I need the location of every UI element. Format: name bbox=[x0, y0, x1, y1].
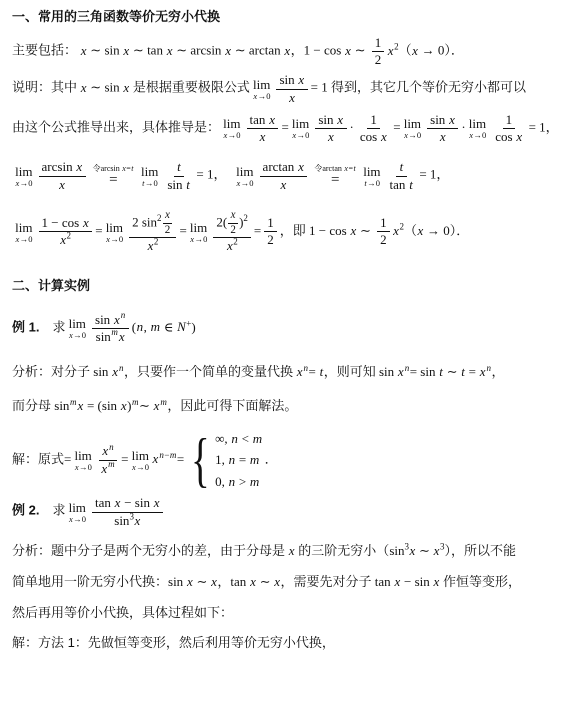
text-run: 然后再用等价小代换，具体过程如下： bbox=[12, 605, 233, 620]
math-variable: x bbox=[230, 209, 236, 221]
math-run: sin x bbox=[95, 312, 120, 327]
math-run: (n, m ∈ N bbox=[132, 319, 187, 334]
section-1-heading: 一、常用的三角函数等价无穷小代换 bbox=[12, 8, 568, 27]
math-variable: x bbox=[120, 398, 127, 413]
math-run: = 1 bbox=[311, 80, 331, 95]
fraction: x2 bbox=[228, 209, 238, 238]
fraction-numerator: x bbox=[163, 209, 173, 224]
limit-word: lim bbox=[190, 221, 207, 234]
math-variable: x bbox=[280, 177, 287, 192]
math-superscript: 2 bbox=[233, 237, 238, 247]
math-run: 1 bbox=[267, 215, 274, 230]
math-variable: x bbox=[433, 574, 440, 589]
fraction-denominator: x2 bbox=[144, 238, 161, 254]
limit-subscript: x→0 bbox=[404, 131, 422, 140]
math-variable: x bbox=[350, 223, 357, 238]
example-1-solution: 解：原式=limx→0xnxm=limx→0xn−m={∞, n < m1, n… bbox=[12, 431, 568, 490]
math-run: tan x − sin x bbox=[95, 495, 160, 510]
math-run: ) bbox=[191, 319, 195, 334]
math-variable: x bbox=[114, 495, 121, 510]
limit-subscript: t→0 bbox=[364, 179, 380, 188]
math-superscript: n bbox=[120, 310, 126, 320]
fraction: tan x − sin xsin3x bbox=[92, 495, 163, 529]
fraction-numerator: arcsin x bbox=[39, 159, 86, 176]
math-variable: x bbox=[269, 112, 276, 127]
text-run: 二、计算实例 bbox=[12, 278, 90, 293]
fraction-numerator: t bbox=[174, 159, 185, 176]
text-run: 例 1. bbox=[12, 319, 39, 334]
fraction-denominator: x bbox=[436, 129, 449, 145]
math-variable: x bbox=[122, 164, 127, 173]
section-2-heading: 二、计算实例 bbox=[12, 277, 568, 296]
text-run: 求 bbox=[39, 503, 65, 518]
math-run: = 1， bbox=[419, 167, 449, 182]
fraction-denominator: xm bbox=[98, 461, 118, 477]
math-run: 1 bbox=[370, 112, 377, 127]
fraction: 1cos x bbox=[357, 112, 390, 146]
math-variable: n bbox=[136, 319, 144, 334]
limit-word: lim bbox=[132, 449, 149, 462]
limit-operator: limx→0 bbox=[132, 449, 150, 472]
fraction-denominator: sin3x bbox=[111, 513, 143, 529]
math-run: sin x bbox=[90, 364, 118, 379]
math-run: （x → 0）． bbox=[404, 223, 469, 238]
math-variable: t bbox=[142, 178, 145, 188]
fraction-numerator: sin x bbox=[276, 72, 307, 89]
math-run: （x → 0）． bbox=[399, 43, 464, 58]
math-variable: x bbox=[152, 451, 159, 466]
fraction-numerator: 2(x2)2 bbox=[213, 209, 251, 239]
math-run: = bbox=[121, 451, 128, 466]
math-run: x bbox=[259, 129, 266, 144]
fraction: sin xx bbox=[276, 72, 307, 106]
fraction-numerator: t bbox=[396, 159, 407, 176]
math-run: · bbox=[350, 120, 354, 135]
fraction-denominator: 2 bbox=[163, 224, 173, 238]
math-variable: x bbox=[344, 164, 349, 173]
math-run: 2 bbox=[267, 232, 274, 247]
math-superscript: 2 bbox=[67, 231, 72, 241]
fraction: arctan xx bbox=[260, 159, 308, 193]
text-run: ，即 bbox=[280, 223, 306, 238]
math-variable: x bbox=[412, 43, 419, 58]
limit-operator: limx→0 bbox=[404, 117, 422, 140]
math-variable: x bbox=[439, 129, 446, 144]
limit-subscript: t→0 bbox=[142, 179, 158, 188]
math-variable: x bbox=[298, 159, 305, 174]
math-variable: x bbox=[60, 232, 67, 247]
fraction-numerator: x bbox=[228, 209, 238, 224]
fraction-denominator: x bbox=[277, 177, 290, 193]
math-run: tan t bbox=[390, 177, 414, 192]
limit-word: lim bbox=[404, 117, 421, 130]
fraction-denominator: 2 bbox=[377, 232, 390, 248]
text-run: 而分母 bbox=[12, 398, 51, 413]
limit-operator: limx→0 bbox=[292, 117, 310, 140]
fraction: sin xnsinmx bbox=[92, 312, 129, 346]
limit-subscript: x→0 bbox=[132, 463, 150, 472]
math-run: sin t bbox=[167, 177, 190, 192]
math-variable: t bbox=[461, 364, 466, 379]
limit-operator: limx→0 bbox=[68, 501, 86, 524]
fraction-denominator: x2 bbox=[57, 232, 74, 248]
math-document: 一、常用的三角函数等价无穷小代换主要包括： x ∼ sin x ∼ tan x … bbox=[0, 0, 580, 725]
case-row: 1, n = m bbox=[215, 452, 263, 468]
derivation-line-1: 由这个公式推导出来，具体推导是：limx→0tan xx=limx→0sin x… bbox=[12, 112, 568, 146]
limit-subscript: x→0 bbox=[74, 463, 92, 472]
fraction-denominator: x bbox=[256, 129, 269, 145]
math-run: 2 bbox=[165, 224, 171, 236]
limit-subscript: x→0 bbox=[292, 131, 310, 140]
math-variable: x bbox=[132, 462, 137, 472]
fraction: ttan t bbox=[387, 159, 417, 193]
limit-operator: limx→0 bbox=[469, 117, 487, 140]
text-run: ， bbox=[492, 364, 505, 379]
case-row: ∞, n < m bbox=[215, 431, 263, 447]
math-variable: x bbox=[153, 398, 160, 413]
math-variable: x bbox=[516, 129, 523, 144]
math-variable: m bbox=[249, 474, 259, 489]
math-run: arcsin x bbox=[42, 159, 83, 174]
math-variable: m bbox=[131, 397, 139, 407]
limit-subscript: x→0 bbox=[469, 131, 487, 140]
equals-sign: = bbox=[321, 173, 349, 188]
math-run: = t bbox=[309, 364, 324, 379]
math-variable: x bbox=[80, 80, 87, 95]
math-run: = sin t ∼ t = x bbox=[410, 364, 486, 379]
math-superscript: m bbox=[108, 459, 116, 469]
math-variable: x bbox=[15, 178, 20, 188]
math-run: x bbox=[285, 543, 298, 558]
text-run: 求 bbox=[39, 319, 65, 334]
text-run: ，因此可得下面解法。 bbox=[167, 398, 297, 413]
fraction-denominator: 2 bbox=[228, 224, 238, 238]
math-run: 2 bbox=[380, 232, 387, 247]
limit-word: lim bbox=[223, 117, 240, 130]
math-run: cos x bbox=[495, 129, 522, 144]
math-variable: x bbox=[479, 364, 486, 379]
limit-word: lim bbox=[253, 78, 270, 91]
math-variable: x bbox=[118, 329, 125, 344]
limit-operator: limx→0 bbox=[106, 221, 124, 244]
math-run: x bbox=[60, 232, 67, 247]
math-run: · bbox=[461, 120, 465, 135]
math-superscript: m bbox=[69, 397, 77, 407]
math-variable: x bbox=[76, 159, 83, 174]
math-run: x bbox=[59, 177, 66, 192]
math-run: = bbox=[393, 120, 400, 135]
math-variable: x bbox=[433, 543, 440, 558]
math-variable: m bbox=[252, 431, 262, 446]
math-run: 2 bbox=[375, 52, 382, 67]
math-run: x bbox=[147, 238, 154, 253]
limit-subscript: x→0 bbox=[68, 515, 86, 524]
math-run: x ∼ sin x ∼ tan x ∼ arcsin x ∼ arctan x，… bbox=[77, 43, 369, 58]
limit-operator: limt→0 bbox=[141, 165, 158, 188]
math-variable: x bbox=[409, 543, 416, 558]
math-run: x bbox=[230, 209, 236, 221]
limit-operator: limx→0 bbox=[236, 165, 254, 188]
math-variable: x bbox=[101, 461, 108, 476]
math-variable: x bbox=[123, 80, 130, 95]
left-brace: { bbox=[191, 432, 210, 488]
math-variable: x bbox=[394, 574, 401, 589]
limit-operator: limx→0 bbox=[15, 165, 33, 188]
math-variable: x bbox=[59, 177, 66, 192]
fraction-denominator: x2 bbox=[223, 238, 240, 254]
fraction: sin xx bbox=[315, 112, 346, 146]
math-run: x bbox=[118, 329, 125, 344]
fraction: tsin t bbox=[164, 159, 193, 193]
math-superscript: 2 bbox=[154, 237, 159, 247]
math-variable: t bbox=[177, 159, 182, 174]
math-run: 1 bbox=[375, 35, 382, 50]
fraction-denominator: sin t bbox=[164, 177, 193, 193]
text-run: ， bbox=[217, 574, 230, 589]
math-variable: x bbox=[68, 330, 73, 340]
limit-word: lim bbox=[141, 165, 158, 178]
fraction: 12 bbox=[377, 215, 390, 249]
example-1-line: 例 1. 求limx→0sin xnsinmx(n, m ∈ N+) bbox=[12, 312, 568, 346]
fraction-numerator: sin x bbox=[427, 112, 458, 129]
fraction-denominator: cos x bbox=[492, 129, 525, 145]
text-run: ），所以不能 bbox=[444, 543, 516, 558]
fraction: 2(x2)2x2 bbox=[213, 209, 251, 255]
math-run: x bbox=[293, 364, 303, 379]
limit-word: lim bbox=[106, 221, 123, 234]
fraction-numerator: arctan x bbox=[260, 159, 308, 176]
math-variable: x bbox=[259, 129, 266, 144]
math-variable: x bbox=[337, 112, 344, 127]
math-variable: t bbox=[186, 177, 191, 192]
fraction-numerator: 1 bbox=[377, 215, 390, 232]
limit-word: lim bbox=[15, 165, 32, 178]
math-superscript: n−m bbox=[159, 450, 177, 460]
text-run: 的三阶无穷小（ bbox=[298, 543, 389, 558]
text-run: 例 2. bbox=[12, 503, 39, 518]
math-run: x = (sin x) bbox=[77, 398, 132, 413]
fraction-denominator: 2 bbox=[372, 52, 385, 68]
math-variable: x bbox=[469, 130, 474, 140]
math-run: arctan x bbox=[263, 159, 305, 174]
math-run: tan x − sin x bbox=[372, 574, 443, 589]
math-variable: x bbox=[102, 443, 109, 458]
fraction-numerator: sin x bbox=[315, 112, 346, 129]
math-run: x bbox=[101, 461, 108, 476]
fraction-numerator: tan x − sin x bbox=[92, 495, 163, 512]
piecewise-cases: {∞, n < m1, n = m0, n > m bbox=[186, 431, 262, 490]
math-run: tan x bbox=[250, 112, 276, 127]
fraction-numerator: sin xn bbox=[92, 312, 129, 329]
math-run: = bbox=[281, 120, 288, 135]
math-run: x bbox=[439, 129, 446, 144]
text-run: 主要包括： bbox=[12, 43, 77, 58]
math-variable: n bbox=[109, 442, 115, 452]
limit-operator: limx→0 bbox=[190, 221, 208, 244]
math-variable: m bbox=[150, 319, 160, 334]
math-run: x bbox=[134, 513, 141, 528]
fraction: arcsin xx bbox=[39, 159, 86, 193]
fraction-denominator: cos x bbox=[357, 129, 390, 145]
fraction-numerator: 1 − cos x bbox=[39, 215, 93, 232]
limit-word: lim bbox=[363, 165, 380, 178]
limit-subscript: x→0 bbox=[190, 235, 208, 244]
math-variable: x bbox=[298, 72, 305, 87]
math-superscript: 2 bbox=[243, 213, 248, 223]
math-run: = bbox=[95, 223, 102, 238]
math-variable: x bbox=[123, 43, 130, 58]
math-variable: x bbox=[284, 43, 291, 58]
text-run: 是根据重要极限公式 bbox=[133, 80, 250, 95]
fraction: xnxm bbox=[98, 443, 118, 477]
limit-word: lim bbox=[69, 317, 86, 330]
math-variable: x bbox=[80, 43, 87, 58]
note-line: 说明：其中 x ∼ sin x 是根据重要极限公式limx→0sin xx= 1… bbox=[12, 72, 568, 106]
math-variable: t bbox=[439, 364, 444, 379]
limit-subscript: x→0 bbox=[106, 235, 124, 244]
math-run: sin x ∼ x bbox=[168, 574, 217, 589]
math-variable: t bbox=[353, 164, 356, 173]
fraction-denominator: x bbox=[56, 177, 69, 193]
math-variable: x bbox=[190, 234, 195, 244]
math-variable: x bbox=[253, 91, 258, 101]
math-run: 1 − cos x bbox=[42, 215, 90, 230]
math-run: = bbox=[179, 223, 186, 238]
math-variable: n bbox=[120, 310, 126, 320]
limit-word: lim bbox=[69, 501, 86, 514]
math-variable: x bbox=[449, 112, 456, 127]
math-run: x bbox=[289, 90, 296, 105]
text-run: 一、常用的三角函数等价无穷小代换 bbox=[12, 9, 220, 24]
fraction: 2 sin2x2x2 bbox=[129, 209, 176, 255]
limit-word: lim bbox=[74, 449, 91, 462]
math-run: x bbox=[328, 129, 335, 144]
example-2-analysis: 分析：题中分子是两个无穷小的差，由于分母是 x 的三阶无穷小（sin3x ∼ x… bbox=[12, 535, 568, 629]
text-run: 分析：题中分子是两个无穷小的差，由于分母是 bbox=[12, 543, 285, 558]
math-run: x bbox=[152, 451, 159, 466]
math-run: x ∼ x bbox=[409, 543, 440, 558]
math-run: ∼ x bbox=[139, 398, 160, 413]
math-variable: x bbox=[288, 543, 295, 558]
math-run: x ∼ sin x bbox=[77, 80, 133, 95]
fraction-denominator: tan t bbox=[387, 177, 417, 193]
math-variable: x bbox=[134, 513, 141, 528]
math-run: 2 sin bbox=[132, 214, 157, 229]
math-variable: x bbox=[380, 129, 387, 144]
fraction: x2 bbox=[163, 209, 173, 238]
math-variable: m bbox=[169, 450, 177, 460]
math-variable: n bbox=[228, 474, 236, 489]
limit-operator: limx→0 bbox=[68, 317, 86, 340]
limit-subscript: x→0 bbox=[15, 179, 33, 188]
math-variable: t bbox=[364, 178, 367, 188]
math-variable: x bbox=[292, 130, 297, 140]
fraction: 1 − cos xx2 bbox=[39, 215, 93, 249]
math-run: = bbox=[64, 451, 71, 466]
math-variable: x bbox=[68, 514, 73, 524]
annotated-equals: 令arctan x=t= bbox=[314, 165, 356, 188]
math-variable: x bbox=[417, 223, 424, 238]
math-variable: t bbox=[131, 164, 134, 173]
fraction-numerator: 1 bbox=[372, 35, 385, 52]
fraction-denominator: 2 bbox=[264, 232, 277, 248]
limit-subscript: x→0 bbox=[223, 131, 241, 140]
fraction: 1cos x bbox=[492, 112, 525, 146]
math-run: tan x ∼ x bbox=[230, 574, 280, 589]
math-superscript: 2 bbox=[157, 213, 162, 223]
math-run: x bbox=[280, 177, 287, 192]
math-run: 2 bbox=[230, 224, 236, 236]
fraction-numerator: 2 sin2x2 bbox=[129, 209, 176, 239]
math-run: 1 bbox=[506, 112, 513, 127]
math-run: sin x bbox=[430, 112, 455, 127]
text-run: 得到，其它几个等价无穷小都可以 bbox=[331, 80, 526, 95]
math-run: sin x bbox=[376, 364, 404, 379]
annotated-equals: 令arcsin x=t= bbox=[93, 165, 134, 188]
text-run: ． bbox=[265, 451, 278, 466]
math-variable: x bbox=[165, 209, 171, 221]
math-superscript: n bbox=[109, 442, 115, 452]
math-run: sin x bbox=[318, 112, 343, 127]
text-run: ，则可知 bbox=[324, 364, 376, 379]
math-variable: x bbox=[106, 234, 111, 244]
math-run: sin bbox=[51, 398, 69, 413]
math-variable: x bbox=[166, 43, 173, 58]
math-variable: x bbox=[153, 495, 160, 510]
limit-word: lim bbox=[469, 117, 486, 130]
limit-subscript: x→0 bbox=[68, 331, 86, 340]
math-variable: x bbox=[74, 462, 79, 472]
example-2-line: 例 2. 求limx→0tan x − sin xsin3x bbox=[12, 495, 568, 529]
math-run: cos x bbox=[360, 129, 387, 144]
math-run: t bbox=[399, 159, 404, 174]
math-variable: x bbox=[328, 129, 335, 144]
text-run: 说明：其中 bbox=[12, 80, 77, 95]
math-run: 2( bbox=[216, 214, 227, 229]
fraction-denominator: x bbox=[286, 90, 299, 106]
math-variable: x bbox=[236, 178, 241, 188]
text-run: 解：方法 1：先做恒等变形，然后利用等价无穷小代换， bbox=[12, 635, 335, 650]
math-run: = bbox=[254, 223, 261, 238]
text-run: 分析：对分子 bbox=[12, 364, 90, 379]
limit-operator: limx→0 bbox=[74, 449, 92, 472]
math-variable: N bbox=[177, 319, 187, 334]
text-run: ，需要先对分子 bbox=[281, 574, 372, 589]
math-superscript: m bbox=[131, 397, 139, 407]
math-variable: n bbox=[159, 450, 165, 460]
fraction-denominator: x bbox=[325, 129, 338, 145]
math-run: x bbox=[102, 443, 109, 458]
limit-subscript: x→0 bbox=[15, 235, 33, 244]
case-row: 0, n > m bbox=[215, 474, 263, 490]
text-run: 解：原式 bbox=[12, 451, 64, 466]
limit-operator: limx→0 bbox=[223, 117, 241, 140]
math-variable: x bbox=[186, 574, 193, 589]
fraction: 12 bbox=[372, 35, 385, 69]
math-run: = 1， bbox=[529, 120, 559, 135]
derivation-line-2: limx→0arcsin xx令arcsin x=t=limt→0tsin t=… bbox=[12, 159, 568, 193]
example-1-analysis: 分析：对分子 sin xn，只要作一个简单的变量代换 xn= t，则可知 sin… bbox=[12, 355, 568, 423]
fraction: sin xx bbox=[427, 112, 458, 146]
math-variable: x bbox=[223, 130, 228, 140]
math-variable: x bbox=[250, 574, 257, 589]
limit-subscript: x→0 bbox=[236, 179, 254, 188]
math-run: t bbox=[177, 159, 182, 174]
math-variable: m bbox=[108, 459, 116, 469]
math-variable: x bbox=[225, 43, 232, 58]
math-variable: x bbox=[82, 215, 89, 230]
text-run: 由这个公式推导出来，具体推导是： bbox=[12, 120, 220, 135]
